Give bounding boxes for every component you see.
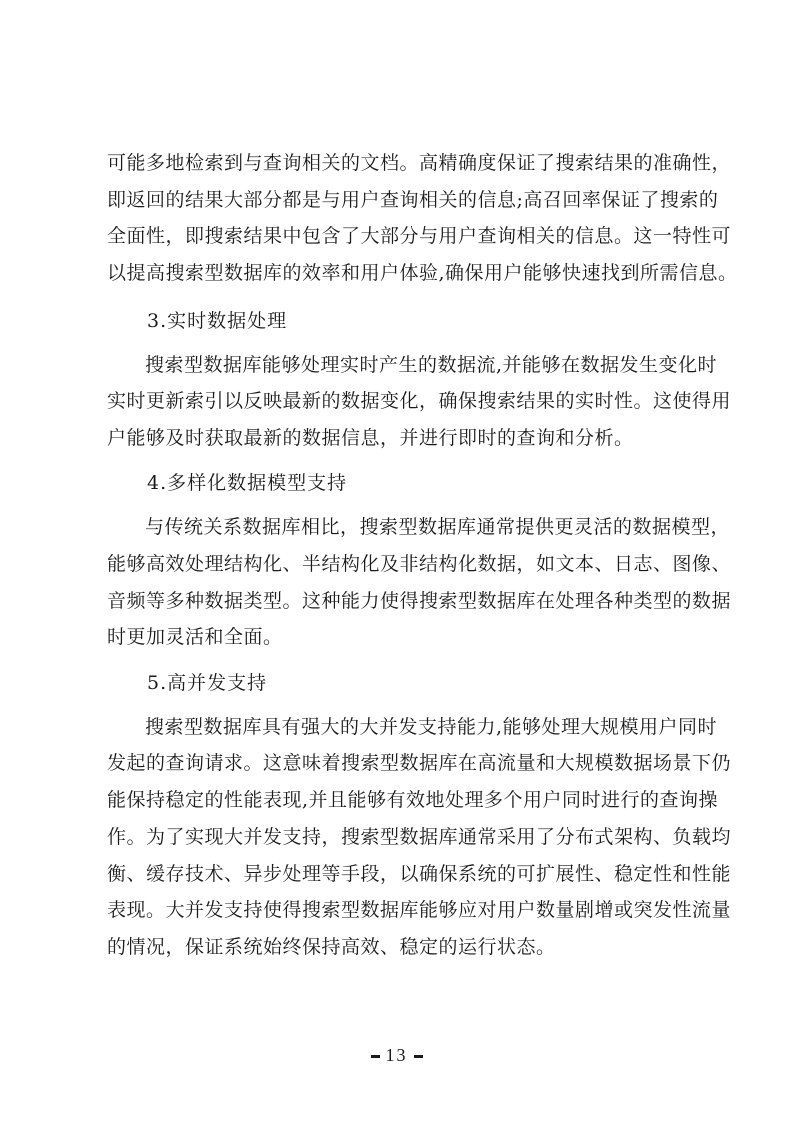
- section-heading: 3.实时数据处理: [147, 306, 287, 336]
- paragraph-line: 搜索型数据库具有强大的大并发支持能力,能够处理大规模用户同时: [145, 712, 701, 742]
- section-heading: 5.高并发支持: [147, 668, 267, 698]
- page-number: 13: [386, 1045, 408, 1065]
- paragraph-line: 表现。大并发支持使得搜索型数据库能够应对用户数量剧增或突发性流量: [107, 895, 701, 925]
- paragraph-line: 搜索型数据库能够处理实时产生的数据流,并能够在数据发生变化时: [145, 350, 701, 380]
- paragraph-line: 衡、缓存技术、异步处理等手段，以确保系统的可扩展性、稳定性和性能: [107, 859, 701, 889]
- paragraph-line: 可能多地检索到与查询相关的文档。高精确度保证了搜索结果的准确性，: [107, 148, 701, 178]
- paragraph-line: 户能够及时获取最新的数据信息，并进行即时的查询和分析。: [107, 423, 701, 453]
- paragraph-line: 与传统关系数据库相比，搜索型数据库通常提供更灵活的数据模型，: [145, 512, 701, 542]
- paragraph-line: 全面性，即搜索结果中包含了大部分与用户查询相关的信息。这一特性可: [107, 221, 701, 251]
- document-page: 可能多地检索到与查询相关的文档。高精确度保证了搜索结果的准确性， 即返回的结果大…: [0, 0, 793, 1122]
- paragraph-line: 发起的查询请求。这意味着搜索型数据库在高流量和大规模数据场景下仍: [107, 748, 701, 778]
- paragraph-line: 即返回的结果大部分都是与用户查询相关的信息;高召回率保证了搜索的: [107, 185, 701, 215]
- paragraph-line: 以提高搜索型数据库的效率和用户体验,确保用户能够快速找到所需信息。: [107, 258, 701, 288]
- paragraph-line: 能保持稳定的性能表现,并且能够有效地处理多个用户同时进行的查询操: [107, 785, 701, 815]
- page-number-footer: 13: [0, 1040, 793, 1070]
- paragraph-line: 实时更新索引以反映最新的数据变化，确保搜索结果的实时性。这使得用: [107, 386, 701, 416]
- section-heading: 4.多样化数据模型支持: [147, 468, 347, 498]
- paragraph-line: 的情况，保证系统始终保持高效、稳定的运行状态。: [107, 932, 701, 962]
- paragraph-line: 时更加灵活和全面。: [107, 622, 701, 652]
- paragraph-line: 能够高效处理结构化、半结构化及非结构化数据，如文本、日志、图像、: [107, 549, 701, 579]
- paragraph-line: 作。为了实现大并发支持，搜索型数据库通常采用了分布式架构、负载均: [107, 822, 701, 852]
- dash-right-decoration: [414, 1055, 423, 1058]
- paragraph-line: 音频等多种数据类型。这种能力使得搜索型数据库在处理各种类型的数据: [107, 586, 701, 616]
- dash-left-decoration: [371, 1055, 380, 1058]
